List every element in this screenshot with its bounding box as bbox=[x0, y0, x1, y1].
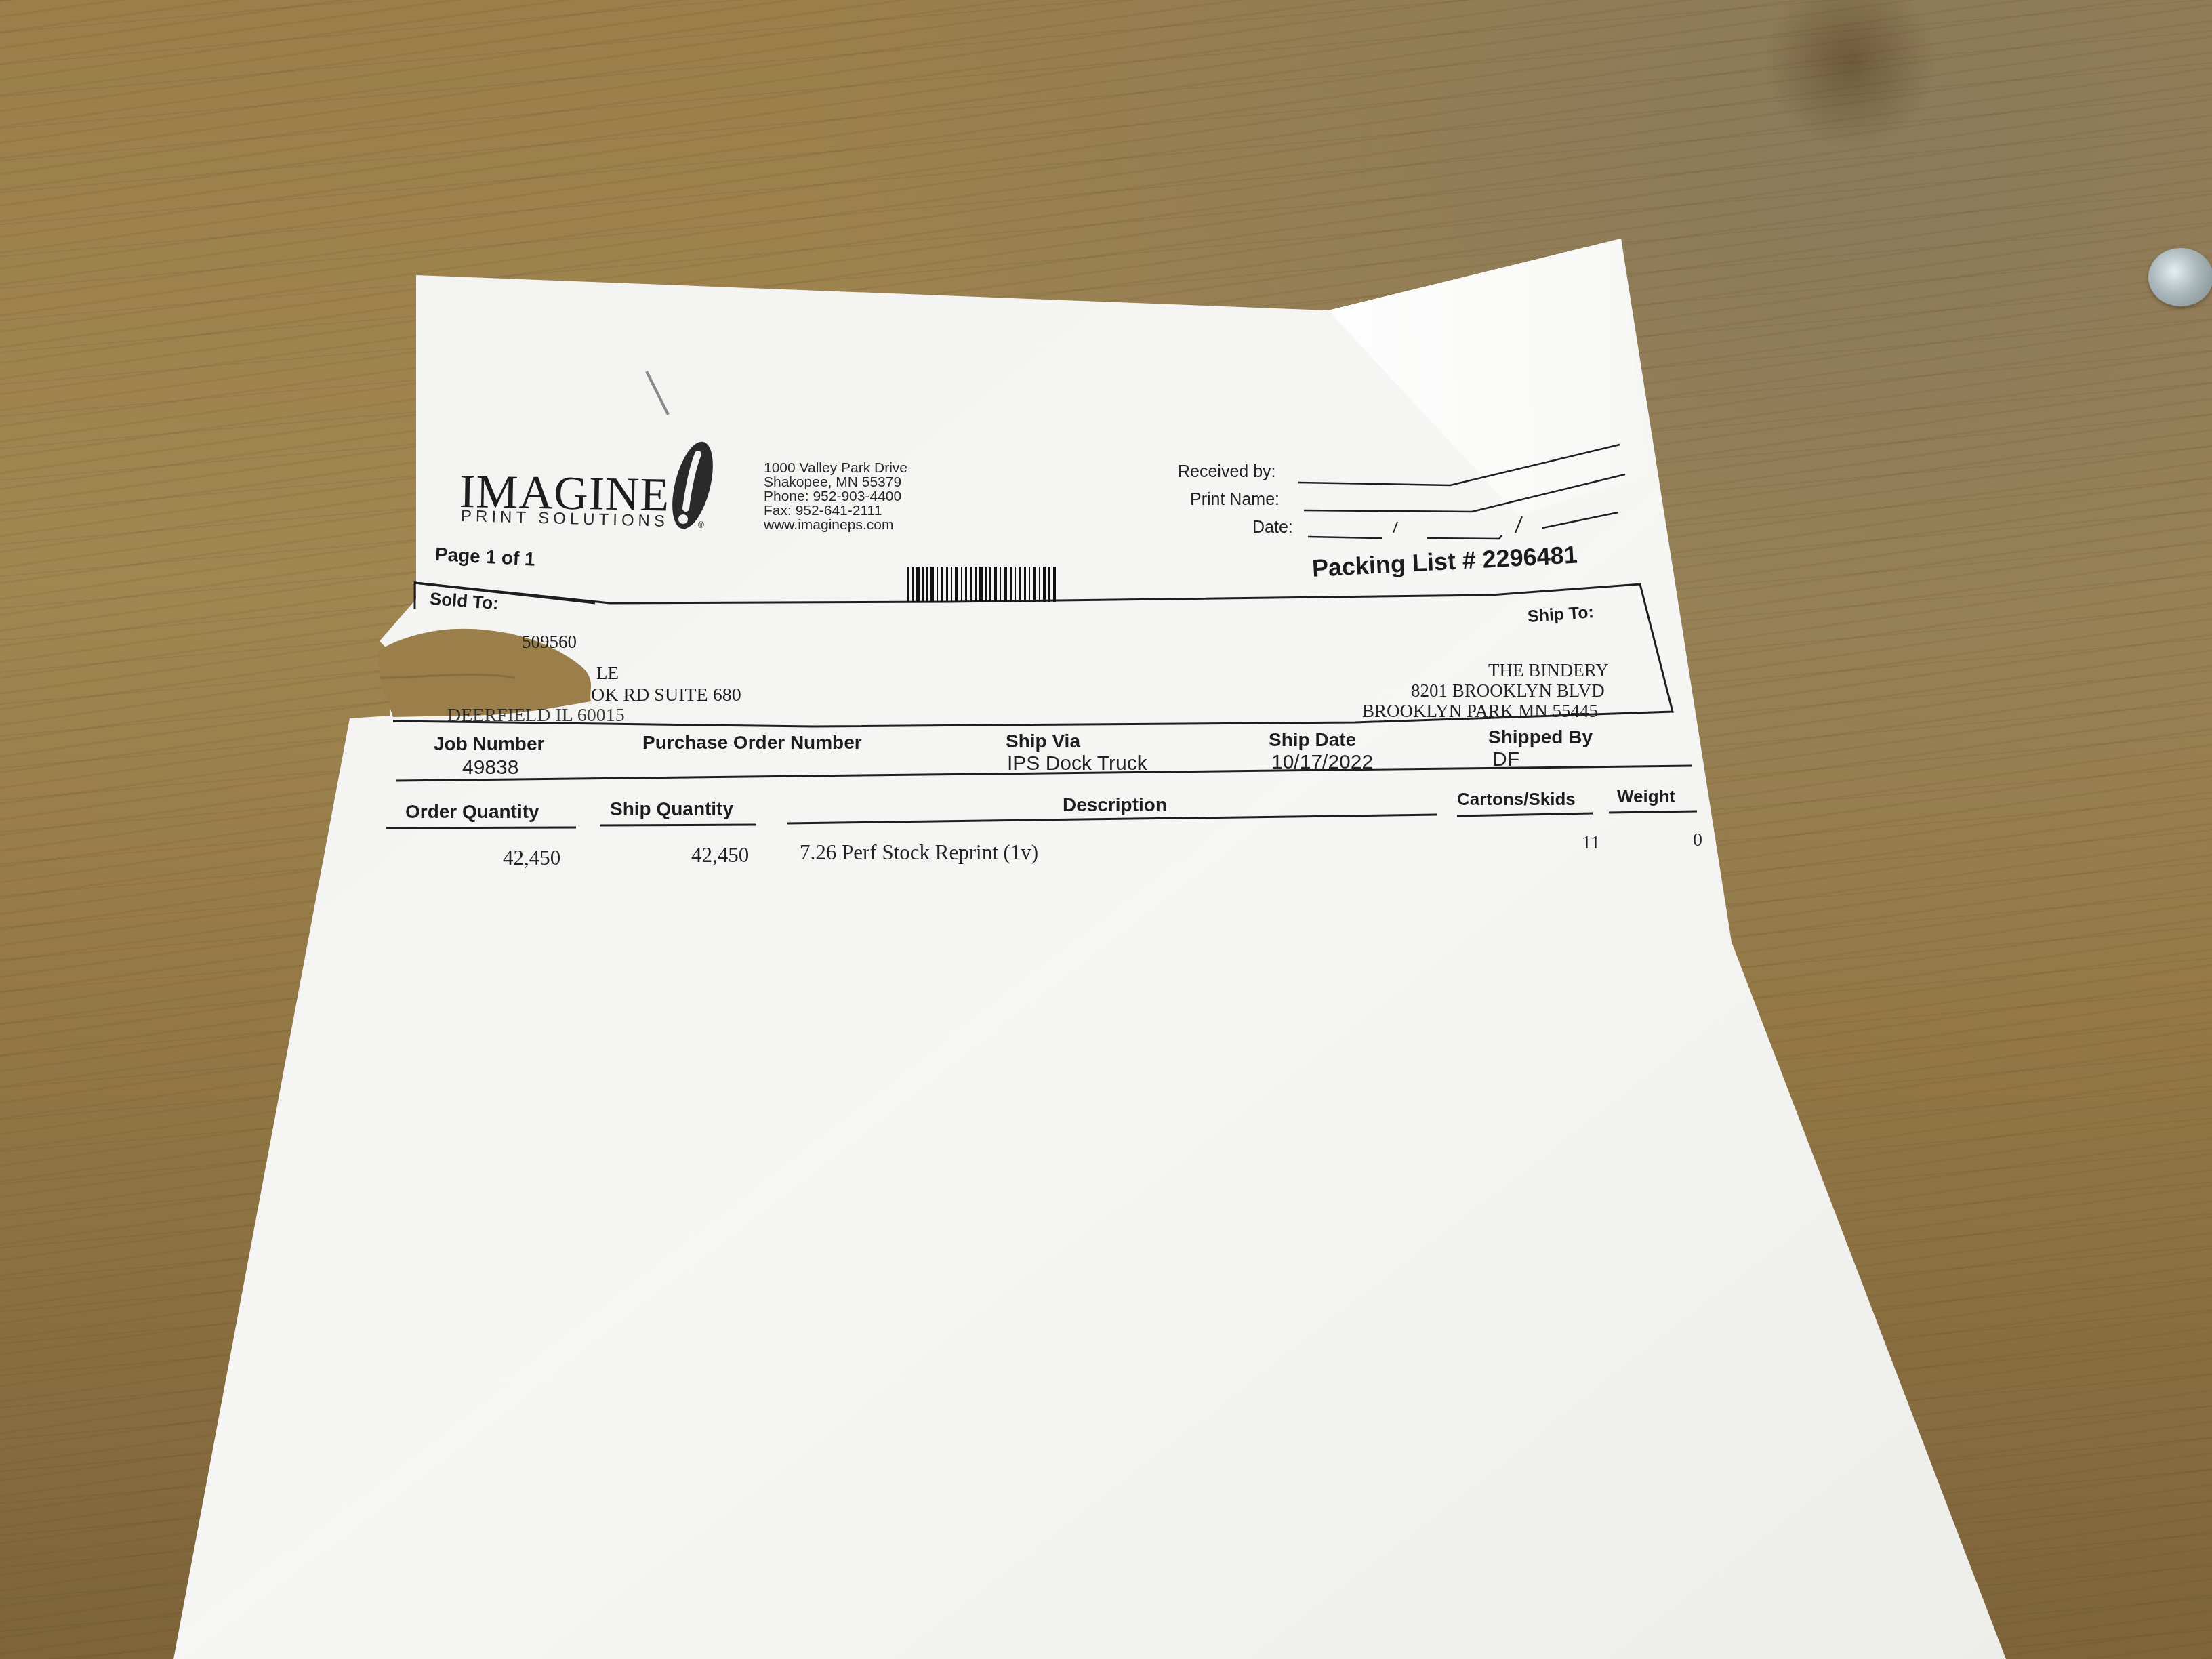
ship-date-label: Ship Date bbox=[1269, 729, 1356, 751]
ship-via-value: IPS Dock Truck bbox=[1007, 752, 1147, 775]
print-name-label: Print Name: bbox=[1190, 490, 1279, 510]
col-weight: Weight bbox=[1617, 786, 1675, 807]
packing-list-title: Packing List # 2296481 bbox=[1311, 541, 1578, 583]
sold-to-line-1: 509560 bbox=[522, 632, 577, 653]
col-cartons-skids: Cartons/Skids bbox=[1457, 789, 1576, 810]
company-phone: Phone: 952-903-4400 bbox=[764, 489, 901, 504]
col-description: Description bbox=[1063, 794, 1167, 816]
company-address-line1: 1000 Valley Park Drive bbox=[764, 461, 907, 475]
received-by-label: Received by: bbox=[1178, 462, 1276, 482]
sold-to-line-3: OK RD SUITE 680 bbox=[591, 684, 741, 706]
job-number-label: Job Number bbox=[434, 733, 544, 755]
row-cartons-skids: 11 bbox=[1582, 832, 1600, 854]
row-ship-quantity: 42,450 bbox=[691, 843, 749, 867]
sold-to-line-2: LE bbox=[596, 663, 619, 684]
row-weight: 0 bbox=[1693, 829, 1702, 851]
row-description: 7.26 Perf Stock Reprint (1v) bbox=[800, 840, 1038, 865]
document-text: IMAGINE PRINT SOLUTIONS ® 1000 Valley Pa… bbox=[0, 0, 2212, 1659]
ship-to-line-1: THE BINDERY bbox=[1488, 660, 1609, 681]
ship-to-line-2: 8201 BROOKLYN BLVD bbox=[1411, 680, 1605, 701]
row-order-quantity: 42,450 bbox=[503, 846, 560, 870]
company-fax: Fax: 952-641-2111 bbox=[764, 504, 882, 518]
job-number-value: 49838 bbox=[462, 756, 518, 779]
company-website: www.imagineps.com bbox=[764, 518, 893, 532]
date-label: Date: bbox=[1252, 518, 1293, 537]
ship-to-label: Ship To: bbox=[1527, 602, 1595, 627]
po-number-label: Purchase Order Number bbox=[642, 732, 862, 754]
ship-via-label: Ship Via bbox=[1006, 731, 1080, 752]
shipped-by-value: DF bbox=[1492, 748, 1519, 771]
col-order-quantity: Order Quantity bbox=[405, 801, 539, 823]
col-ship-quantity: Ship Quantity bbox=[610, 798, 733, 820]
shipped-by-label: Shipped By bbox=[1488, 726, 1593, 748]
ship-to-line-3: BROOKLYN PARK MN 55445 bbox=[1362, 701, 1598, 722]
ship-date-value: 10/17/2022 bbox=[1271, 751, 1373, 774]
sold-to-line-4: DEERFIELD IL 60015 bbox=[447, 705, 625, 726]
company-address-line2: Shakopee, MN 55379 bbox=[764, 475, 901, 489]
page-indicator: Page 1 of 1 bbox=[434, 544, 535, 571]
registered-mark: ® bbox=[698, 520, 704, 530]
sold-to-label: Sold To: bbox=[429, 588, 499, 614]
exclamation-logo-icon bbox=[665, 441, 720, 535]
